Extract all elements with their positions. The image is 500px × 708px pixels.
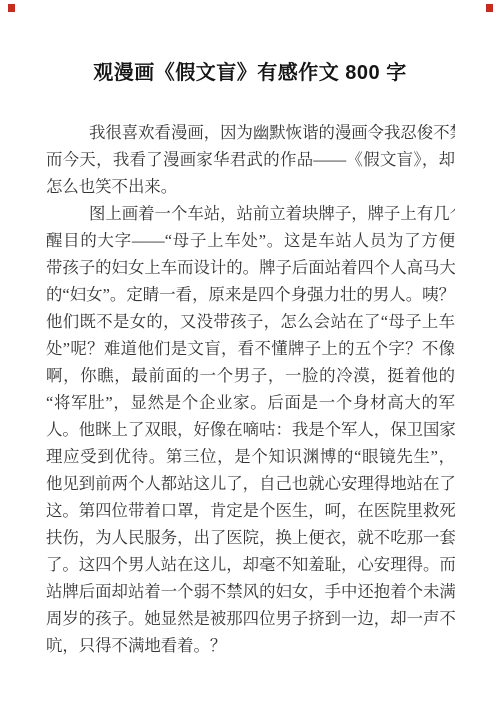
- essay-line: 理应受到优待。第三位，是个知识渊博的“眼镜先生”，: [46, 443, 455, 470]
- essay-line: 的“妇女”。定睛一看，原来是四个身强力壮的男人。咦？: [46, 281, 455, 308]
- essay-line: 处”呢？难道他们是文盲，看不懂牌子上的五个字？不像: [46, 335, 455, 362]
- red-corner-mark-left-icon: [8, 4, 15, 12]
- essay-line: 醒目的大字——“母子上车处”。这是车站人员为了方便: [46, 227, 455, 254]
- essay-line: 他们既不是女的，又没带孩子，怎么会站在了“母子上车: [46, 308, 455, 335]
- essay-line: 而今天，我看了漫画家华君武的作品——《假文盲》，却: [46, 146, 455, 173]
- essay-line: 怎么也笑不出来。: [46, 173, 455, 200]
- essay-page: 观漫画《假文盲》有感作文 800 字 我很喜欢看漫画，因为幽默恢谐的漫画令我忍俊…: [0, 0, 500, 708]
- essay-line: 了。这四个男人站在这儿，却毫不知羞耻，心安理得。而: [46, 551, 455, 578]
- essay-line: 这。第四位带着口罩，肯定是个医生，呵，在医院里救死: [46, 497, 455, 524]
- essay-line: 吭，只得不满地看着。？: [46, 632, 455, 659]
- essay-title: 观漫画《假文盲》有感作文 800 字: [0, 60, 500, 86]
- essay-body: 我很喜欢看漫画，因为幽默恢谐的漫画令我忍俊不禁。而今天，我看了漫画家华君武的作品…: [46, 119, 455, 659]
- essay-line: 人。他眯上了双眼，好像在嘀咕：我是个军人，保卫国家，: [46, 416, 455, 443]
- essay-line: 带孩子的妇女上车而设计的。牌子后面站着四个人高马大: [46, 254, 455, 281]
- essay-line: 图上画着一个车站，站前立着块牌子，牌子上有几个: [46, 200, 455, 227]
- essay-line: 我很喜欢看漫画，因为幽默恢谐的漫画令我忍俊不禁。: [46, 119, 455, 146]
- essay-line: 站牌后面却站着一个弱不禁风的妇女，手中还抱着个未满: [46, 578, 455, 605]
- essay-line: 啊，你瞧，最前面的一个男子，一脸的冷漠，挺着他的: [46, 362, 455, 389]
- red-corner-mark-right-icon: [486, 4, 493, 12]
- essay-line: 扶伤，为人民服务，出了医院，换上便衣，就不吃那一套: [46, 524, 455, 551]
- essay-line: “将军肚”，显然是个企业家。后面是一个身材高大的军: [46, 389, 455, 416]
- essay-line: 周岁的孩子。她显然是被那四位男子挤到一边，却一声不: [46, 605, 455, 632]
- essay-line: 他见到前两个人都站这儿了，自己也就心安理得地站在了: [46, 470, 455, 497]
